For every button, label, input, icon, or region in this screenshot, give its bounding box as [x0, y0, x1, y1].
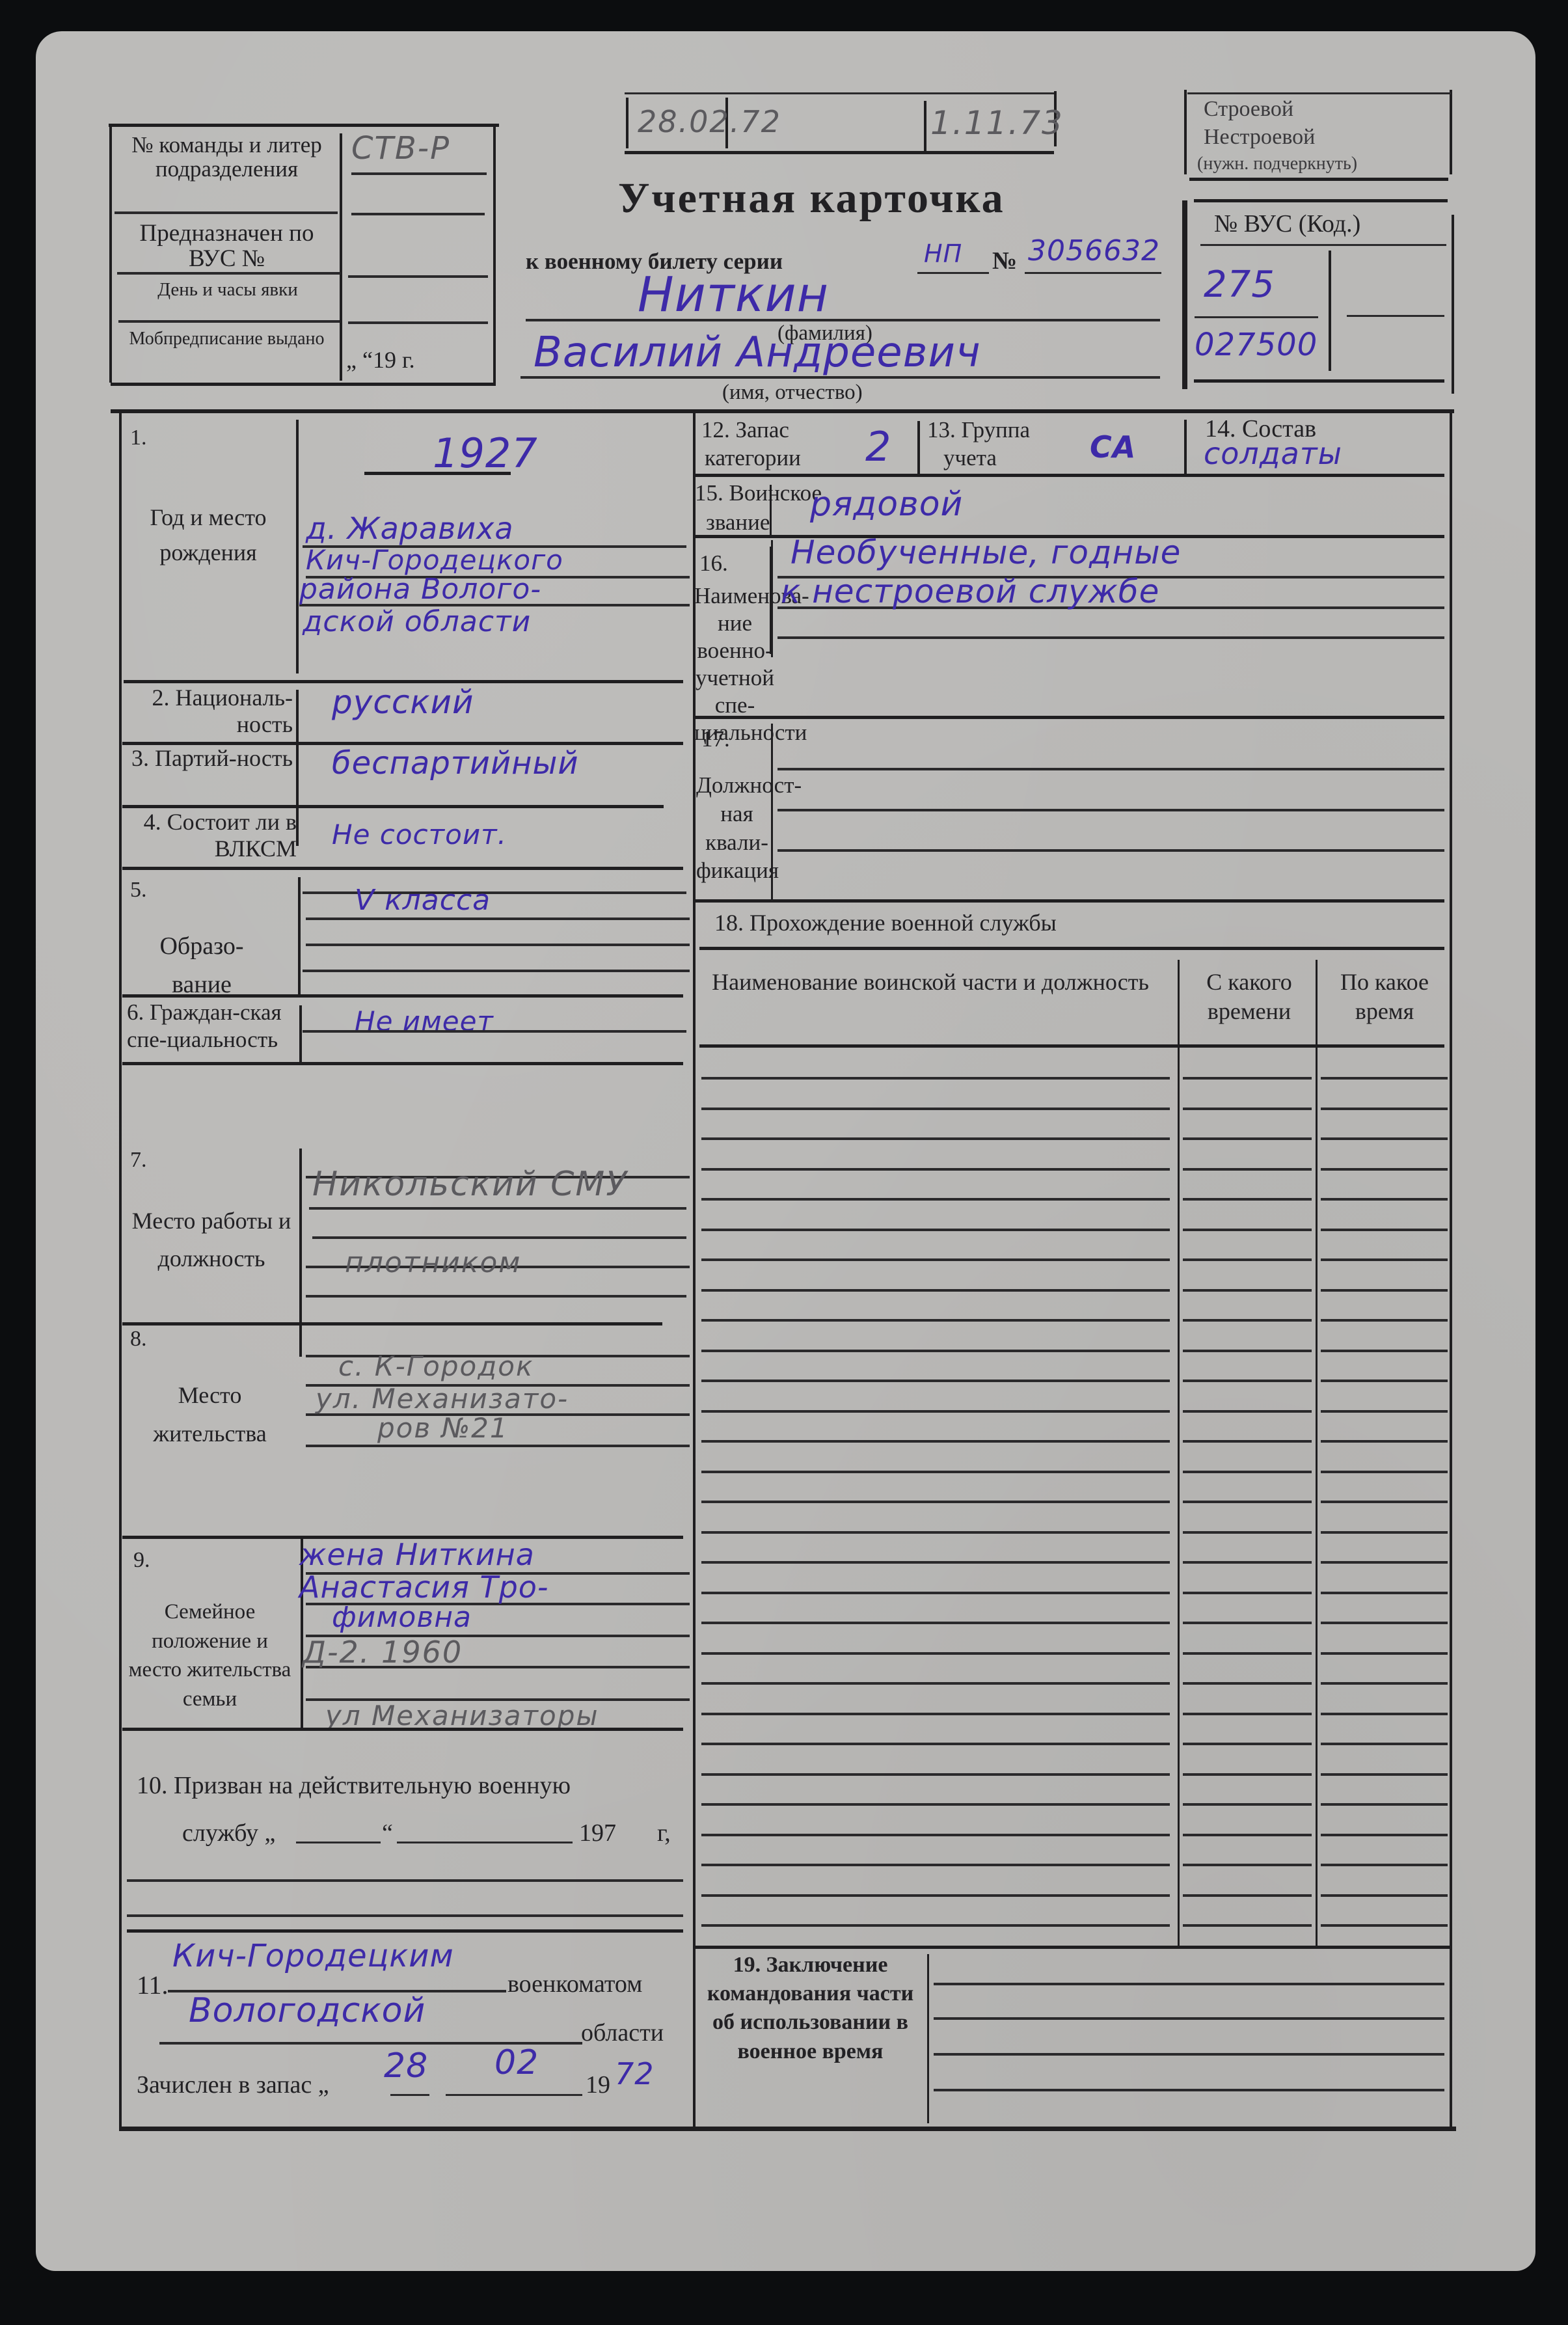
f10-year-suffix: г,: [657, 1821, 671, 1847]
f15-rank: рядовой: [810, 485, 963, 524]
f7-8-divider: [299, 1149, 302, 1357]
f15-label-1: 15. Воинское: [695, 482, 822, 506]
f10-service-label: службу „: [182, 1821, 275, 1847]
f18-row-line: [1321, 1652, 1448, 1655]
f5-label: Образо-вание: [130, 927, 273, 1004]
f18-row-line: [1321, 1713, 1448, 1715]
f18-row-line: [701, 1924, 1170, 1927]
f17-number: 17.: [701, 727, 730, 752]
f18-row-line: [1321, 1894, 1448, 1897]
f17-divider: [771, 724, 773, 899]
vus-value-sep-2: [1347, 315, 1444, 317]
f18-title-bottom: [699, 947, 1444, 950]
f18-row-line: [1321, 1410, 1448, 1413]
f18-row-line: [1183, 1682, 1312, 1685]
command-box-bottom-border: [111, 383, 496, 386]
f9-family-line-4: Д-2. 1960: [303, 1635, 463, 1670]
series-line: [917, 272, 989, 274]
f18-col-from: С какого времени: [1181, 968, 1318, 1026]
f7-line-5: [306, 1295, 686, 1298]
f18-row-line: [701, 1258, 1170, 1261]
f19-label: 19. Заключение командования части об исп…: [695, 1951, 926, 2066]
f17-line-1: [777, 768, 1444, 770]
service-box-bottom-border: [1189, 178, 1448, 181]
f1-birthplace-line-1: д. Жаравиха: [306, 511, 514, 546]
f18-row-line: [701, 1622, 1170, 1624]
f18-row-line: [701, 1713, 1170, 1715]
f18-row-line: [1321, 1773, 1448, 1776]
f18-row-line: [701, 1561, 1170, 1564]
command-box-divider: [340, 133, 342, 381]
f10-year-prefix: 197: [579, 1821, 616, 1847]
f2-nationality: русский: [332, 683, 474, 721]
f17-label: Должност-ная квали-фикация: [696, 771, 777, 885]
f18-row-line: [1321, 1137, 1448, 1140]
f18-row-line: [701, 1319, 1170, 1322]
f1-birthplace-line-2: Кич-Городецкого: [306, 544, 563, 576]
date-box-divider-2: [924, 101, 926, 152]
f12-reserve-category: 2: [865, 423, 891, 470]
vus-code-2: 027500: [1195, 327, 1318, 363]
f18-row-line: [1183, 1834, 1312, 1836]
f12-label-1: 12. Запас: [701, 418, 789, 442]
f18-row-line: [1321, 1803, 1448, 1806]
f6-label: 6. Граждан-ская спе-циальность: [127, 999, 299, 1054]
f18-row-line: [701, 1682, 1170, 1685]
f18-row-line: [701, 1380, 1170, 1382]
f19-line-3: [934, 2053, 1444, 2056]
f18-row-line: [1183, 1108, 1312, 1110]
ticket-number: 3056632: [1028, 234, 1160, 267]
command-value-line-2: [351, 213, 485, 215]
pencil-date-1: 28.02.72: [638, 104, 781, 139]
f5-line-3: [306, 944, 690, 946]
number-line: [1025, 272, 1161, 274]
f18-row-line: [1183, 1258, 1312, 1261]
command-box-right-border: [493, 127, 496, 384]
f18-row-line: [701, 1440, 1170, 1443]
date-box-bottom-border: [625, 151, 1054, 154]
f17-bottom: [695, 899, 1444, 903]
f10-line-2: [127, 1914, 683, 1917]
f11-oblast-label: области: [581, 2020, 664, 2046]
f3-bottom: [122, 805, 664, 808]
f13-14-divider: [1184, 420, 1187, 475]
f14-composition: солдаты: [1204, 436, 1342, 471]
f18-row-line: [1183, 1229, 1312, 1231]
f4-label: 4. Состоит ли в ВЛКСМ: [122, 809, 297, 863]
f5-education: V класса: [355, 884, 491, 917]
f7-position: плотником: [345, 1246, 522, 1279]
f19-line-4: [934, 2089, 1444, 2091]
f12-13-divider: [917, 421, 920, 476]
main-table-left-border: [119, 413, 122, 2130]
f7-bottom: [122, 1322, 662, 1326]
f11-reserve-day: 28: [384, 2046, 428, 2086]
f18-title: 18. Прохождение военной службы: [714, 911, 1057, 936]
f18-row-line: [701, 1168, 1170, 1171]
f18-row-line: [1183, 1410, 1312, 1413]
f18-row-line: [1183, 1501, 1312, 1503]
vus-box-bottom-border: [1194, 379, 1444, 383]
f7-number: 7.: [130, 1149, 147, 1172]
f16-label: Наименова-ние военно-учетной спе-циально…: [694, 582, 776, 746]
f18-row-line: [701, 1501, 1170, 1503]
f11-number: 11.: [137, 1972, 169, 1999]
f8-residence-line-3: ров №21: [377, 1412, 509, 1444]
f18-row-line: [1183, 1471, 1312, 1473]
f18-row-line: [1321, 1834, 1448, 1836]
f7-line-3: [312, 1236, 686, 1239]
f18-row-line: [1183, 1561, 1312, 1564]
f11-reserve-year-prefix: 19: [586, 2073, 610, 2099]
f18-row-line: [1321, 1258, 1448, 1261]
f6-line-1: [303, 1030, 686, 1033]
command-row-sep-2: [117, 272, 340, 275]
service-box-left-border: [1184, 90, 1187, 174]
f18-row-line: [1321, 1319, 1448, 1322]
f18-row-line: [1183, 1773, 1312, 1776]
f18-row-line: [701, 1229, 1170, 1231]
f18-row-line: [1321, 1682, 1448, 1685]
f18-row-line: [1183, 1531, 1312, 1534]
f18-row-line: [701, 1894, 1170, 1897]
vus-box-right-border: [1452, 215, 1454, 394]
f18-bottom: [695, 1946, 1450, 1949]
main-table-right-border: [1450, 413, 1452, 2130]
f19-divider: [927, 1954, 929, 2123]
command-box-left-border: [109, 126, 112, 383]
vus-box-top-border: [1194, 199, 1448, 202]
f18-row-line: [701, 1743, 1170, 1745]
f17-line-2: [777, 809, 1444, 811]
f18-row-line: [1321, 1501, 1448, 1503]
command-box-top-border: [109, 124, 499, 127]
card-title: Учетная карточка: [618, 176, 1005, 221]
command-row-sep-3: [118, 320, 340, 323]
f7-label: Место работы и должность: [127, 1203, 296, 1277]
f3-label: 3. Партий-ность: [127, 745, 293, 772]
f18-row-line: [1183, 1198, 1312, 1201]
f18-row-line: [1183, 1864, 1312, 1866]
f18-row-line: [1321, 1622, 1448, 1624]
f18-col-divider-2: [1316, 960, 1318, 1946]
f19-line-2: [934, 2017, 1444, 2020]
surname: Ниткин: [638, 267, 829, 323]
f18-row-line: [701, 1198, 1170, 1201]
f5-number: 5.: [130, 878, 147, 902]
command-row-sep-1: [115, 211, 338, 214]
f18-row-line: [701, 1471, 1170, 1473]
f18-col-to: По какое время: [1319, 968, 1450, 1026]
command-row-label-2: Предназначен по ВУС №: [115, 221, 339, 272]
f18-col-divider-1: [1178, 960, 1180, 1946]
date-box-left-border: [626, 98, 629, 148]
f10-bottom: [127, 1929, 683, 1933]
f12-label-2: категории: [705, 446, 801, 470]
f18-row-line: [701, 1834, 1170, 1836]
command-value-line-1: [351, 172, 487, 175]
command-row-label-1: № команды и литер подразделения: [115, 133, 339, 182]
f8-line-4: [306, 1445, 690, 1447]
f1-divider: [296, 420, 299, 673]
f16-divider-main: [770, 547, 772, 654]
f18-row-line: [1183, 1289, 1312, 1292]
number-sign: №: [992, 249, 1017, 275]
f16-bottom: [695, 716, 1444, 719]
f13-label-1: 13. Группа: [927, 418, 1030, 442]
f11-voenkomat-label: военкоматом: [507, 1972, 642, 1998]
f18-row-line: [1183, 1894, 1312, 1897]
ticket-series: НП: [924, 239, 962, 268]
service-option-noncombat: Нестроевой: [1204, 126, 1315, 149]
f18-row-line: [1321, 1864, 1448, 1866]
f18-row-line: [1321, 1198, 1448, 1201]
f18-row-line: [701, 1531, 1170, 1534]
f16-line-3: [777, 636, 1444, 639]
f4-komsomol: Не состоит.: [332, 819, 507, 850]
f18-row-line: [1183, 1077, 1312, 1080]
f18-row-line: [1183, 1168, 1312, 1171]
f6-divider: [299, 1005, 302, 1065]
f9-family-line-2: Анастасия Тро-: [299, 1570, 549, 1605]
vus-code-1: 275: [1204, 264, 1275, 306]
f18-col-unit: Наименование воинской части и должность: [699, 968, 1161, 997]
f14-bottom: [695, 474, 1444, 477]
f18-row-line: [1321, 1350, 1448, 1352]
f18-row-line: [1321, 1289, 1448, 1292]
f11-reserve-year: 72: [615, 2056, 655, 2091]
f18-row-line: [701, 1803, 1170, 1806]
f18-row-line: [701, 1652, 1170, 1655]
f11-reserve-label: Зачислен в запас „: [137, 2073, 329, 2099]
main-table-bottom-border: [119, 2127, 1456, 2131]
f15-divider: [770, 485, 772, 537]
vus-divider: [1329, 251, 1331, 371]
command-value-line-3: [348, 275, 488, 278]
f18-row-line: [1183, 1350, 1312, 1352]
f18-row-line: [1321, 1380, 1448, 1382]
f18-row-line: [701, 1108, 1170, 1110]
f18-row-line: [1183, 1713, 1312, 1715]
f10-label: 10. Призван на действительную военную: [137, 1773, 571, 1799]
f13-account-group: СА: [1090, 429, 1136, 465]
f15-label-2: звание: [706, 511, 770, 535]
vus-value-sep: [1195, 316, 1318, 318]
pencil-command-number: СТВ-Р: [351, 130, 450, 167]
f9-label: Семейное положение и место жительства се…: [124, 1598, 296, 1713]
f9-number: 9.: [133, 1549, 150, 1572]
f18-row-line: [701, 1592, 1170, 1594]
f1-birthplace-line-4: дской области: [303, 605, 531, 638]
service-box-top-border: [1187, 92, 1451, 94]
f18-row-line: [1321, 1743, 1448, 1745]
f18-row-line: [701, 1864, 1170, 1866]
f18-header-bottom: [699, 1044, 1444, 1048]
f16-number: 16.: [699, 552, 728, 576]
f18-row-line: [701, 1350, 1170, 1352]
f18-row-line: [701, 1077, 1170, 1080]
f8-label: Место жительства: [124, 1376, 296, 1454]
f7-line-2: [309, 1207, 686, 1210]
f10-line-1: [127, 1879, 683, 1882]
f13-label-2: учета: [943, 446, 997, 470]
f11-reserve-month-line: [446, 2094, 582, 2096]
f18-row-line: [1183, 1803, 1312, 1806]
f18-row-line: [1321, 1108, 1448, 1110]
vus-label: № ВУС (Код.): [1214, 211, 1360, 238]
command-value-line-4: [348, 321, 488, 324]
f18-row-line: [1321, 1531, 1448, 1534]
f8-number: 8.: [130, 1327, 147, 1351]
vus-header-line: [1200, 244, 1446, 246]
f18-row-line: [701, 1289, 1170, 1292]
f9-family-line-5: ул Механизаторы: [325, 1700, 599, 1732]
main-table-top-border: [111, 409, 1454, 413]
f5-line-4: [303, 970, 690, 972]
f18-row-line: [1321, 1924, 1448, 1927]
service-option-hint: (нужн. подчеркнуть): [1197, 154, 1357, 173]
f10-quote-close: “: [382, 1821, 393, 1847]
f18-row-line: [701, 1410, 1170, 1413]
f9-family-line-3: фимовна: [332, 1601, 472, 1634]
f16-specialty-line-1: Необученные, годные: [791, 534, 1181, 571]
f18-row-line: [1183, 1592, 1312, 1594]
f1-label: Год и место рождения: [124, 500, 293, 570]
command-row-label-4: Мобпредписание выдано: [115, 329, 339, 349]
service-box-right-border: [1450, 90, 1452, 174]
f11-voenkomat: Кич-Городецким: [172, 1938, 454, 1974]
f5-line-2: [306, 918, 690, 920]
f18-row-line: [1183, 1137, 1312, 1140]
f6-bottom: [122, 1062, 683, 1065]
f5-divider: [298, 877, 301, 998]
f4-bottom: [122, 867, 683, 870]
f18-row-line: [1321, 1561, 1448, 1564]
f16-specialty-line-2: к нестроевой службе: [781, 573, 1159, 610]
f2-label: 2. Националь-ность: [127, 685, 293, 739]
f11-reserve-day-line: [390, 2094, 429, 2096]
f1-birth-year: 1927: [433, 429, 538, 477]
f18-row-line: [1321, 1229, 1448, 1231]
f18-row-line: [1321, 1471, 1448, 1473]
f18-row-line: [1183, 1440, 1312, 1443]
name-caption: (имя, отчество): [722, 381, 863, 404]
f18-row-line: [1321, 1592, 1448, 1594]
f18-row-line: [1321, 1077, 1448, 1080]
f8-residence-line-2: ул. Механизато-: [316, 1383, 569, 1415]
f11-reserve-month: 02: [494, 2043, 539, 2082]
service-option-combat: Строевой: [1204, 98, 1293, 121]
f1-number: 1.: [130, 426, 147, 450]
command-row-label-3: День и часы явки: [130, 280, 325, 299]
f19-line-1: [934, 1983, 1444, 1985]
f5-bottom: [122, 994, 683, 998]
date-box-top-border: [625, 92, 1054, 94]
f18-row-line: [701, 1773, 1170, 1776]
f18-row-line: [1183, 1924, 1312, 1927]
f18-row-line: [1321, 1168, 1448, 1171]
name-patronymic: Василий Андреевич: [534, 329, 981, 377]
f18-row-line: [1183, 1622, 1312, 1624]
f8-residence-line-1: с. К-Городок: [338, 1350, 534, 1382]
f3-party: беспартийный: [332, 745, 579, 782]
f18-row-line: [1321, 1440, 1448, 1443]
vus-box-left-border: [1182, 200, 1187, 389]
f18-row-line: [1183, 1743, 1312, 1745]
f10-month-line: [397, 1842, 573, 1843]
f18-row-line: [701, 1137, 1170, 1140]
f9-family-line-1: жена Ниткина: [299, 1537, 535, 1572]
f7-workplace: Никольский СМУ: [312, 1165, 628, 1204]
pencil-date-2: 1.11.73: [930, 104, 1064, 142]
f18-row-line: [1183, 1652, 1312, 1655]
f17-line-3: [777, 849, 1444, 852]
f18-row-line: [1183, 1380, 1312, 1382]
f1-birthplace-line-3: района Волого-: [299, 573, 541, 606]
f9-bottom: [122, 1728, 683, 1731]
f18-row-line: [1183, 1319, 1312, 1322]
f10-day-line: [296, 1842, 381, 1843]
mob-order-date-template: „ “19 г.: [346, 348, 415, 373]
f11-oblast: Вологодской: [189, 1991, 426, 2030]
